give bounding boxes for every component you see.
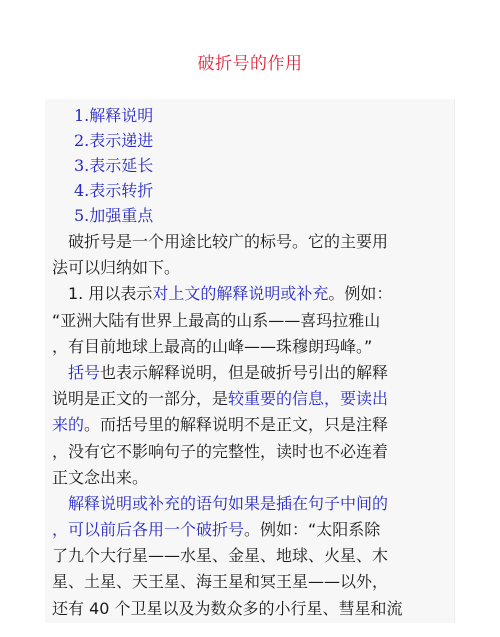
outline-number: 1. (74, 106, 89, 125)
text-line: ，可以前后各用一个破折号。例如：“太阳系除 (52, 517, 452, 543)
text-line: 正文念出来。 (52, 465, 452, 491)
outline-label: 表示延长 (89, 156, 153, 175)
body-text: 了九个大行星——水星、金星、地球、火星、木 (52, 546, 388, 565)
body-text (52, 363, 68, 382)
body-text: 说明是正文的一部分，是 (52, 389, 228, 408)
outline-label: 表示转折 (89, 181, 153, 200)
outline-label: 表示递进 (89, 131, 153, 150)
outline-item: 3.表示延长 (74, 153, 153, 178)
outline-label: 解释说明 (89, 106, 153, 125)
highlighted-text: 对上文的解释说明或补充 (152, 284, 328, 303)
text-line: 来的。而括号里的解释说明不是正文，只是注释 (52, 412, 452, 438)
highlighted-text: 来的 (52, 415, 84, 434)
outline-label: 加强重点 (89, 206, 153, 225)
text-line: 解释说明或补充的语句如果是插在句子中间的 (52, 491, 452, 517)
text-line: 了九个大行星——水星、金星、地球、火星、木 (52, 543, 452, 569)
page-title: 破折号的作用 (0, 49, 500, 74)
text-line: 还有 40 个卫星以及为数众多的小行星、彗星和流 (52, 596, 452, 622)
body-text (52, 494, 68, 513)
body-text: “亚洲大陆有世界上最高的山系——喜玛拉雅山 (52, 311, 380, 330)
outline-number: 3. (74, 156, 89, 175)
text-line: 括号也表示解释说明，但是破折号引出的解释 (52, 360, 452, 386)
body-text: 法可以归纳如下。 (52, 258, 180, 277)
content-panel: 1.解释说明 2.表示递进 3.表示延长 4.表示转折 5.加强重点 破折号是一… (45, 99, 455, 623)
highlighted-text: ，可以前后各用一个破折号 (52, 520, 244, 539)
body-text: 还有 40 个卫星以及为数众多的小行星、彗星和流 (52, 599, 403, 618)
highlighted-text: 括号 (68, 363, 100, 382)
outline-list: 1.解释说明 2.表示递进 3.表示延长 4.表示转折 5.加强重点 (74, 103, 153, 228)
body-text: 正文念出来。 (52, 468, 148, 487)
text-line: 法可以归纳如下。 (52, 255, 452, 281)
body-text: 1. 用以表示 (52, 284, 152, 303)
outline-number: 2. (74, 131, 89, 150)
body-text: 星、土星、天王星、海王星和冥王星——以外， (52, 572, 388, 591)
body-text: 。例如：“太阳系除 (244, 520, 380, 539)
highlighted-text: 解释说明或补充的语句如果是插在句子中间的 (68, 494, 388, 513)
text-line: 星、土星、天王星、海王星和冥王星——以外， (52, 569, 452, 595)
text-line: “亚洲大陆有世界上最高的山系——喜玛拉雅山 (52, 308, 452, 334)
outline-item: 5.加强重点 (74, 203, 153, 228)
text-line: 破折号是一个用途比较广的标号。它的主要用 (52, 229, 452, 255)
body-text: 。而括号里的解释说明不是正文，只是注释 (84, 415, 388, 434)
outline-number: 4. (74, 181, 89, 200)
article-body: 破折号是一个用途比较广的标号。它的主要用法可以归纳如下。 1. 用以表示对上文的… (52, 229, 452, 622)
text-line: ，没有它不影响句子的完整性，读时也不必连着 (52, 439, 452, 465)
text-line: 说明是正文的一部分，是较重要的信息，要读出 (52, 386, 452, 412)
outline-item: 4.表示转折 (74, 178, 153, 203)
body-text: ，没有它不影响句子的完整性，读时也不必连着 (52, 442, 388, 461)
outline-number: 5. (74, 206, 89, 225)
highlighted-text: 较重要的信息，要读出 (228, 389, 388, 408)
body-text: 。例如： (328, 284, 392, 303)
body-text: 也表示解释说明，但是破折号引出的解释 (100, 363, 388, 382)
text-line: 1. 用以表示对上文的解释说明或补充。例如： (52, 281, 452, 307)
text-line: ，有目前地球上最高的山峰——珠穆朗玛峰。” (52, 334, 452, 360)
body-text: ，有目前地球上最高的山峰——珠穆朗玛峰。” (52, 337, 372, 356)
outline-item: 1.解释说明 (74, 103, 153, 128)
outline-item: 2.表示递进 (74, 128, 153, 153)
body-text: 破折号是一个用途比较广的标号。它的主要用 (52, 232, 388, 251)
